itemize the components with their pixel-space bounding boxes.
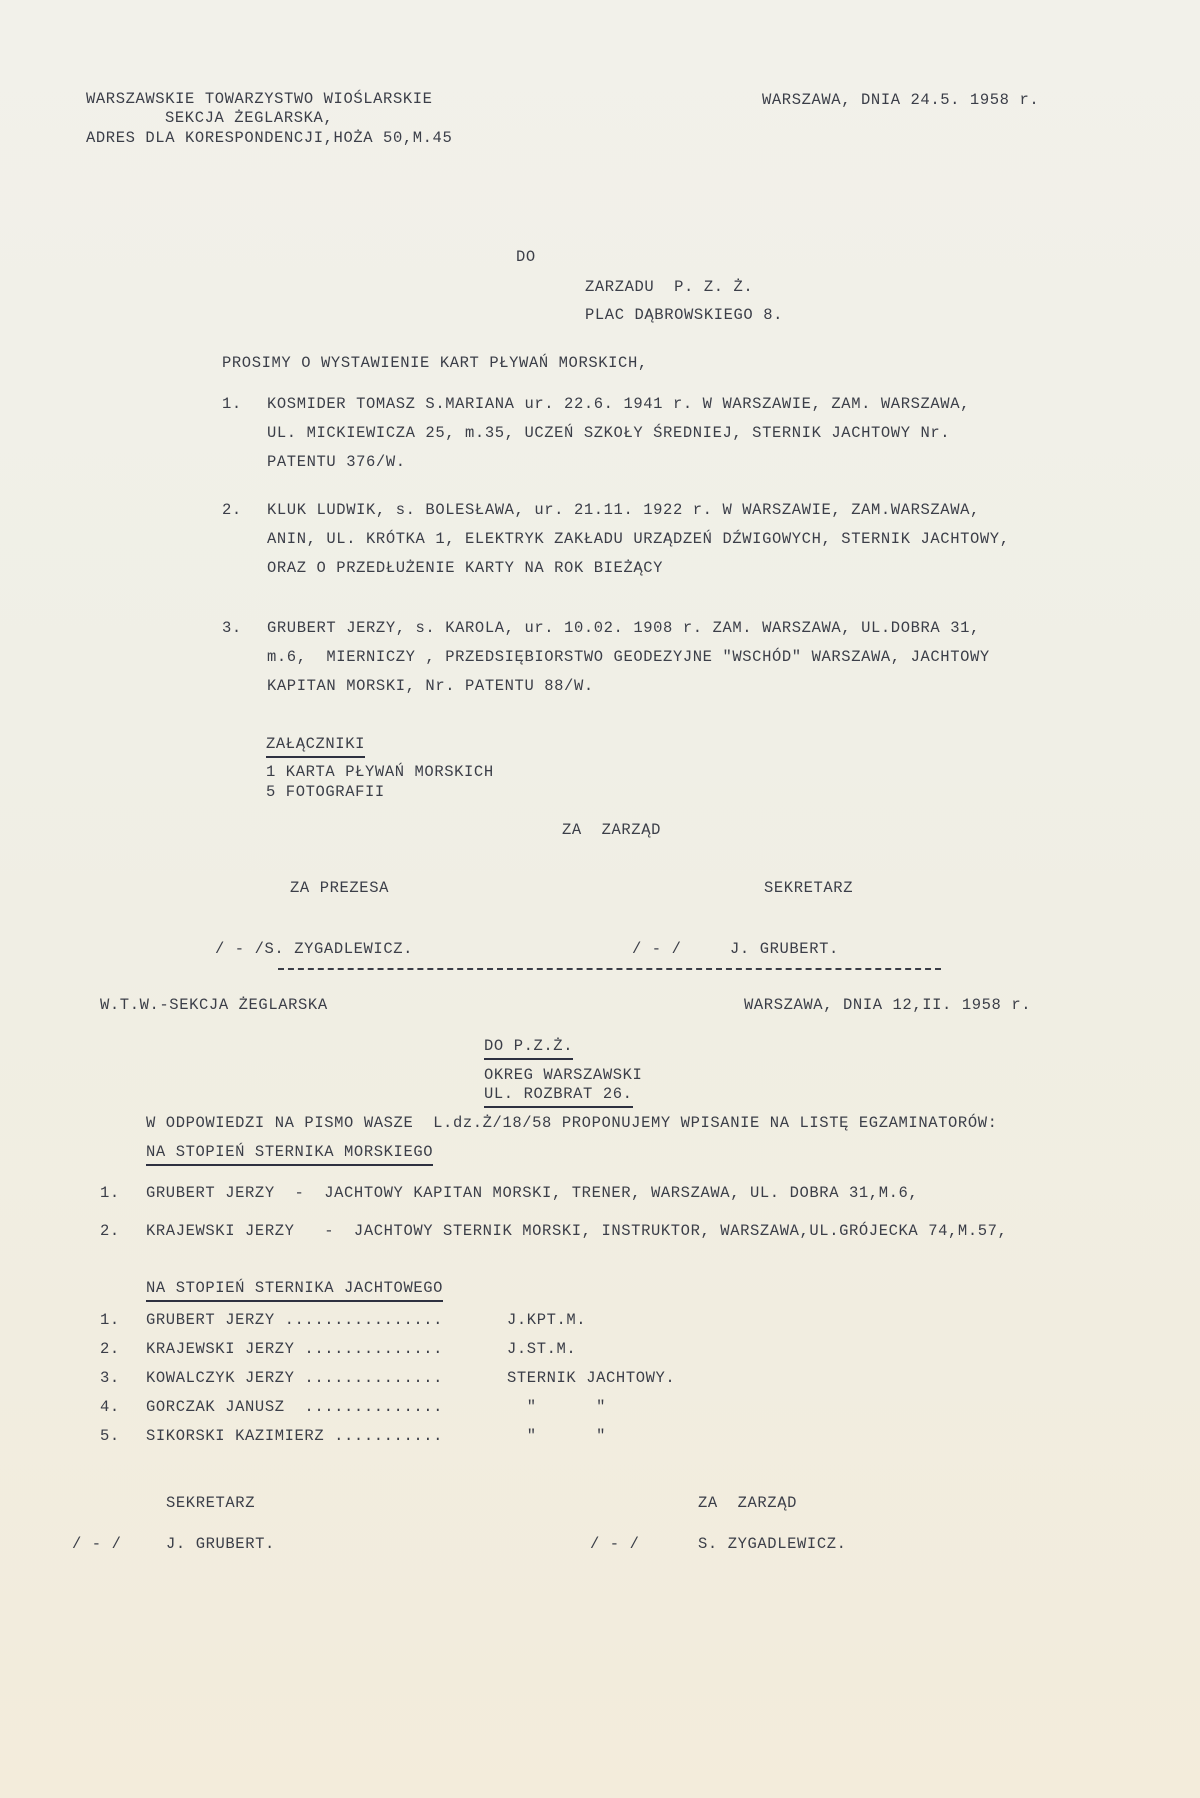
- entry-2-line-2: ANIN, UL. KRÓTKA 1, ELEKTRYK ZAKŁADU URZ…: [267, 532, 1010, 548]
- list-item: KRAJEWSKI JERZY - JACHTOWY STERNIK MORSK…: [146, 1224, 1007, 1240]
- list-item-number: 4.: [100, 1400, 120, 1416]
- list-item-number: 3.: [100, 1371, 120, 1387]
- examiner-rank: J.KPT.M.: [507, 1313, 586, 1329]
- section-heading-morski: NA STOPIEŃ STERNIKA MORSKIEGO: [146, 1145, 433, 1166]
- signature-title-right: SEKRETARZ: [764, 881, 853, 897]
- signature-title-left: ZA PREZESA: [290, 881, 389, 897]
- signature-left: / - /S. ZYGADLEWICZ.: [215, 942, 413, 958]
- entry-3-line-2: m.6, MIERNICZY , PRZEDSIĘBIORSTWO GEODEZ…: [267, 650, 990, 666]
- signature-mark-right: / - /: [590, 1537, 640, 1553]
- list-item-number: 1.: [100, 1186, 120, 1202]
- section-divider: [278, 968, 941, 970]
- examiner-rank: " ": [507, 1429, 606, 1445]
- examiner-rank: STERNIK JACHTOWY.: [507, 1371, 675, 1387]
- letter2-recipient-line-3: UL. ROZBRAT 26.: [484, 1087, 633, 1108]
- examiner-name: SIKORSKI KAZIMIERZ ...........: [146, 1429, 443, 1445]
- letter2-sender: W.T.W.-SEKCJA ŻEGLARSKA: [100, 998, 328, 1014]
- recipient-prefix: DO: [516, 250, 536, 266]
- recipient-line-2: PLAC DĄBROWSKIEGO 8.: [585, 308, 783, 324]
- sender-line-3: ADRES DLA KORESPONDENCJI,HOŻA 50,M.45: [86, 131, 452, 147]
- recipient-line-1: ZARZADU P. Z. Ż.: [585, 280, 753, 296]
- list-item: GRUBERT JERZY - JACHTOWY KAPITAN MORSKI,…: [146, 1186, 918, 1202]
- document-page: [0, 0, 1200, 1798]
- signature-name-right: S. ZYGADLEWICZ.: [698, 1537, 847, 1553]
- letter1-date: WARSZAWA, DNIA 24.5. 1958 r.: [762, 93, 1039, 109]
- examiner-name: KRAJEWSKI JERZY ..............: [146, 1342, 443, 1358]
- letter2-recipient-line-2: OKREG WARSZAWSKI: [484, 1068, 642, 1084]
- signature-mark-left: / - /: [72, 1537, 122, 1553]
- entry-number: 1.: [222, 397, 242, 413]
- signature-mark-right: / - /: [632, 942, 682, 958]
- letter2-date: WARSZAWA, DNIA 12,II. 1958 r.: [744, 998, 1031, 1014]
- letter2-recipient-line-1: DO P.Z.Ż.: [484, 1039, 573, 1060]
- entry-number: 2.: [222, 503, 242, 519]
- intro-text: PROSIMY O WYSTAWIENIE KART PŁYWAŃ MORSKI…: [222, 356, 648, 372]
- examiner-rank: J.ST.M.: [507, 1342, 576, 1358]
- entry-2-line-3: ORAZ O PRZEDŁUŻENIE KARTY NA ROK BIEŻĄCY: [267, 561, 663, 577]
- examiner-name: KOWALCZYK JERZY ..............: [146, 1371, 443, 1387]
- list-item-number: 5.: [100, 1429, 120, 1445]
- signature-name-right: J. GRUBERT.: [730, 942, 839, 958]
- examiner-name: GORCZAK JANUSZ ..............: [146, 1400, 443, 1416]
- signature-title-right: ZA ZARZĄD: [698, 1496, 797, 1512]
- attachment-item: 5 FOTOGRAFII: [266, 785, 385, 801]
- list-item-number: 1.: [100, 1313, 120, 1329]
- entry-number: 3.: [222, 621, 242, 637]
- entry-1-line-1: KOSMIDER TOMASZ S.MARIANA ur. 22.6. 1941…: [267, 397, 970, 413]
- entry-3-line-3: KAPITAN MORSKI, Nr. PATENTU 88/W.: [267, 679, 594, 695]
- entry-1-line-2: UL. MICKIEWICZA 25, m.35, UCZEŃ SZKOŁY Ś…: [267, 426, 950, 442]
- entry-2-line-1: KLUK LUDWIK, s. BOLESŁAWA, ur. 21.11. 19…: [267, 503, 980, 519]
- on-behalf-label: ZA ZARZĄD: [562, 823, 661, 839]
- signature-name-left: J. GRUBERT.: [166, 1537, 275, 1553]
- sender-line-1: WARSZAWSKIE TOWARZYSTWO WIOŚLARSKIE: [86, 92, 433, 108]
- sender-line-2: SEKCJA ŻEGLARSKA,: [165, 111, 333, 127]
- examiner-name: GRUBERT JERZY ................: [146, 1313, 443, 1329]
- entry-3-line-1: GRUBERT JERZY, s. KAROLA, ur. 10.02. 190…: [267, 621, 980, 637]
- letter2-body: W ODPOWIEDZI NA PISMO WASZE L.dz.Ż/18/58…: [146, 1116, 998, 1132]
- examiner-rank: " ": [507, 1400, 606, 1416]
- attachment-item: 1 KARTA PŁYWAŃ MORSKICH: [266, 765, 494, 781]
- list-item-number: 2.: [100, 1342, 120, 1358]
- section-heading-jachtowy: NA STOPIEŃ STERNIKA JACHTOWEGO: [146, 1281, 443, 1302]
- entry-1-line-3: PATENTU 376/W.: [267, 455, 406, 471]
- attachments-heading: ZAŁĄCZNIKI: [266, 737, 365, 758]
- signature-title-left: SEKRETARZ: [166, 1496, 255, 1512]
- list-item-number: 2.: [100, 1224, 120, 1240]
